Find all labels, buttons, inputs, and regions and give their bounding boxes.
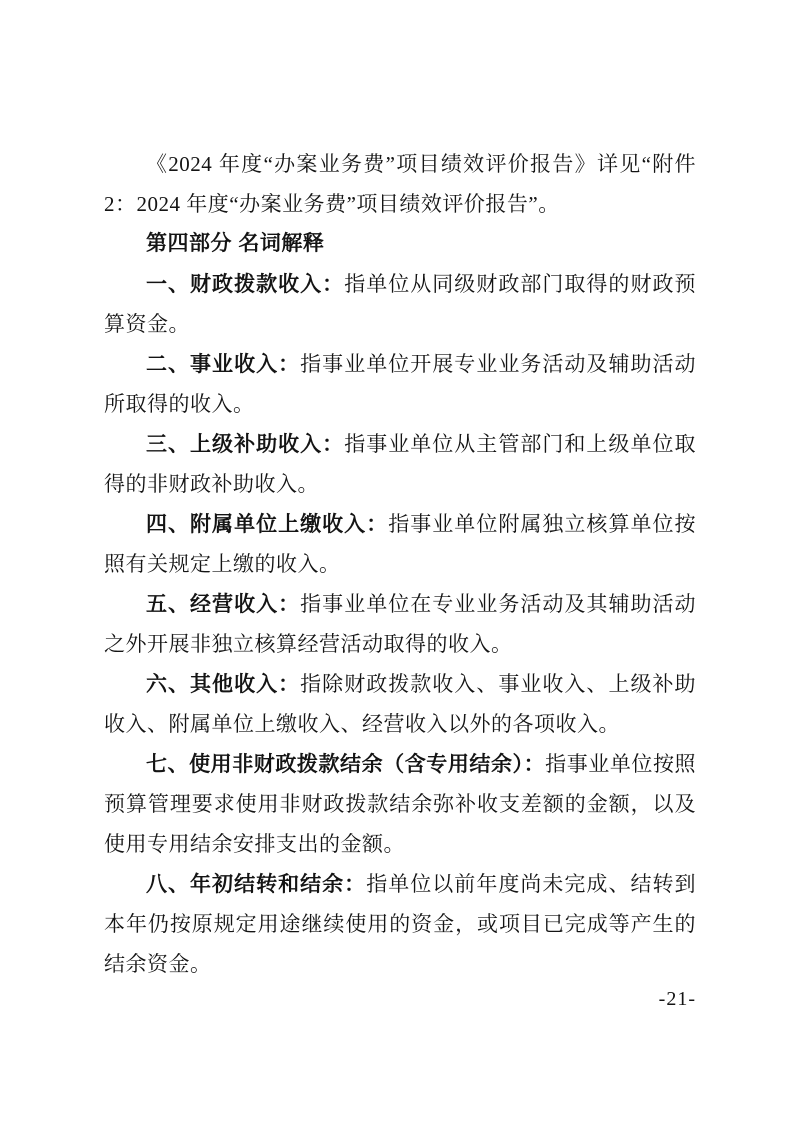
- term-title: 四、附属单位上缴收入：: [146, 512, 388, 536]
- term-paragraph: 八、年初结转和结余：指单位以前年度尚未完成、结转到本年仍按原规定用途继续使用的资…: [104, 864, 696, 984]
- page-number: -21-: [659, 986, 696, 1012]
- term-paragraph: 一、财政拨款收入：指单位从同级财政部门取得的财政预算资金。: [104, 264, 696, 344]
- term-title: 二、事业收入：: [146, 352, 300, 376]
- section-heading: 第四部分 名词解释: [104, 224, 696, 264]
- document-body: 《2024 年度“办案业务费”项目绩效评价报告》详见“附件 2：2024 年度“…: [104, 144, 696, 984]
- term-title: 七、使用非财政拨款结余（含专用结余）：: [146, 752, 545, 776]
- term-title: 六、其他收入：: [146, 672, 300, 696]
- term-title: 五、经营收入：: [146, 592, 300, 616]
- term-title: 三、上级补助收入：: [146, 432, 344, 456]
- term-paragraph: 四、附属单位上缴收入：指事业单位附属独立核算单位按照有关规定上缴的收入。: [104, 504, 696, 584]
- term-paragraph: 七、使用非财政拨款结余（含专用结余）：指事业单位按照预算管理要求使用非财政拨款结…: [104, 744, 696, 864]
- document-page: 《2024 年度“办案业务费”项目绩效评价报告》详见“附件 2：2024 年度“…: [0, 0, 793, 1122]
- intro-paragraph: 《2024 年度“办案业务费”项目绩效评价报告》详见“附件 2：2024 年度“…: [104, 144, 696, 224]
- term-paragraph: 五、经营收入：指事业单位在专业业务活动及其辅助活动之外开展非独立核算经营活动取得…: [104, 584, 696, 664]
- term-paragraph: 三、上级补助收入：指事业单位从主管部门和上级单位取得的非财政补助收入。: [104, 424, 696, 504]
- term-paragraph: 六、其他收入：指除财政拨款收入、事业收入、上级补助收入、附属单位上缴收入、经营收…: [104, 664, 696, 744]
- term-title: 八、年初结转和结余：: [146, 872, 366, 896]
- term-title: 一、财政拨款收入：: [146, 272, 344, 296]
- term-paragraph: 二、事业收入：指事业单位开展专业业务活动及辅助活动所取得的收入。: [104, 344, 696, 424]
